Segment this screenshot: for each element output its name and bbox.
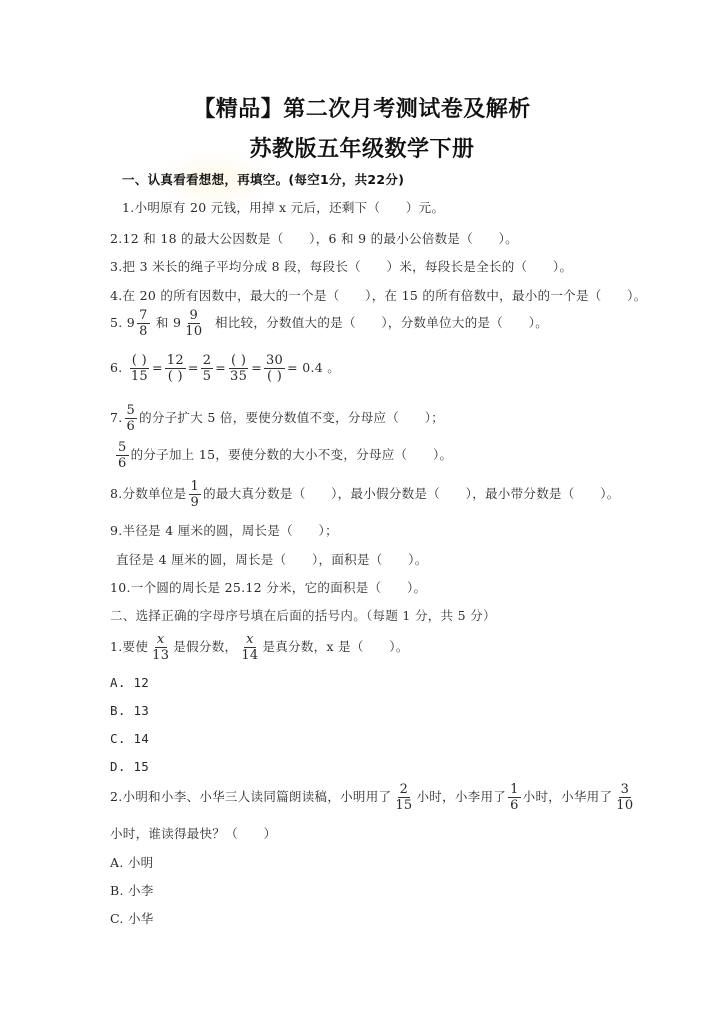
q6-prefix: 6. <box>110 360 123 375</box>
equals-sign: = <box>215 360 226 375</box>
question-2-2-line1: 2.小明和小李、小华三人读同篇朗读稿，小明用了215小时，小李用了16小时，小华… <box>110 782 637 813</box>
option-b: B. 小李 <box>110 881 154 899</box>
q7-prefix: 7. <box>110 410 123 425</box>
fraction: 56 <box>125 403 138 434</box>
question-1-8: 8.分数单位是19的最大真分数是（ ），最小假分数是（ ），最小带分数是（ ）。 <box>110 479 620 510</box>
question-2-2-line2: 小时，谁读得最快？（ ） <box>110 824 276 842</box>
option-a: A. 小明 <box>110 853 153 871</box>
equals-sign: = <box>188 360 199 375</box>
q7-line2: 的分子加上 15，要使分数的大小不变，分母应（ ）。 <box>131 447 453 462</box>
question-1-6: 6. ( )15=12( )=25=( )35=30( )= 0.4 。 <box>110 353 340 384</box>
question-1-4: 4.在 20 的所有因数中，最大的一个是（ ），在 15 的所有倍数中，最小的一… <box>110 286 647 304</box>
question-1-9-line2: 直径是 4 厘米的圆，周长是（ ），面积是（ ）。 <box>116 550 428 568</box>
fraction: 56 <box>116 440 129 471</box>
fraction: x14 <box>239 632 260 663</box>
fraction: 25 <box>201 353 214 384</box>
s2q2-mid1: 小时，小李用了 <box>416 789 506 804</box>
q5-suffix: 相比较，分数值大的是（ ），分数单位大的是（ ）。 <box>215 315 548 330</box>
s2q1-suffix: 是真分数，x 是（ ）。 <box>262 639 408 654</box>
q8-suffix: 的最大真分数是（ ），最小假分数是（ ），最小带分数是（ ）。 <box>203 486 619 501</box>
option-a: A. 12 <box>110 675 149 690</box>
q5-prefix: 5. 9 <box>110 315 135 330</box>
question-1-2: 2.12 和 18 的最大公因数是（ ），6 和 9 的最小公倍数是（ ）。 <box>110 229 518 247</box>
fraction: 19 <box>189 479 202 510</box>
section1-heading: 一、认真看看想想，再填空。(每空1分，共22分) <box>122 170 404 188</box>
fraction: 310 <box>614 782 635 813</box>
q5-mid: 和 9 <box>156 315 181 330</box>
question-1-9-line1: 9.半径是 4 厘米的圆，周长是（ ）； <box>110 521 338 539</box>
option-b: B. 13 <box>110 703 149 718</box>
fraction: 78 <box>137 308 150 339</box>
document-subtitle: 苏教版五年级数学下册 <box>0 132 724 163</box>
fraction: 30( ) <box>264 353 285 384</box>
question-1-7-line1: 7.56的分子扩大 5 倍，要使分数值不变，分母应（ ）； <box>110 403 444 434</box>
exam-page: 【精品】第二次月考测试卷及解析 苏教版五年级数学下册 一、认真看看想想，再填空。… <box>0 0 724 1024</box>
option-c: C. 小华 <box>110 909 154 927</box>
s2q1-mid: 是假分数， <box>173 639 237 654</box>
question-1-7-line2: 56的分子加上 15，要使分数的大小不变，分母应（ ）。 <box>114 440 452 471</box>
question-1-5: 5. 978 和 9910 相比较，分数值大的是（ ），分数单位大的是（ ）。 <box>110 308 548 339</box>
question-2-1: 1.要使x13是假分数，x14是真分数，x 是（ ）。 <box>110 632 409 663</box>
fraction: 215 <box>393 782 414 813</box>
s2q2-mid2: 小时，小华用了 <box>523 789 613 804</box>
fraction: ( )15 <box>129 353 150 384</box>
equals-sign: = <box>152 360 163 375</box>
q7-line1: 的分子扩大 5 倍，要使分数值不变，分母应（ ）； <box>139 410 444 425</box>
s2q1-prefix: 1.要使 <box>110 639 148 654</box>
s2q2-prefix: 2.小明和小李、小华三人读同篇朗读稿，小明用了 <box>110 789 391 804</box>
document-title: 【精品】第二次月考测试卷及解析 <box>0 92 724 123</box>
option-c: C. 14 <box>110 731 149 746</box>
equals-sign: = <box>251 360 262 375</box>
q8-prefix: 8.分数单位是 <box>110 486 187 501</box>
fraction: 12( ) <box>165 353 186 384</box>
question-1-1: 1.小明原有 20 元钱，用掉 x 元后，还剩下（ ）元。 <box>122 198 444 216</box>
option-d: D. 15 <box>110 759 149 774</box>
fraction: 910 <box>183 308 204 339</box>
section2-heading: 二、选择正确的字母序号填在后面的括号内。（每题 1 分，共 5 分） <box>110 606 496 624</box>
fraction: x13 <box>150 632 171 663</box>
question-1-3: 3.把 3 米长的绳子平均分成 8 段，每段长（ ）米，每段长是全长的（ ）。 <box>110 257 572 275</box>
q6-result: = 0.4 。 <box>287 360 340 375</box>
question-1-10: 10.一个圆的周长是 25.12 分米，它的面积是（ ）。 <box>110 578 426 596</box>
fraction: ( )35 <box>228 353 249 384</box>
fraction: 16 <box>508 782 521 813</box>
